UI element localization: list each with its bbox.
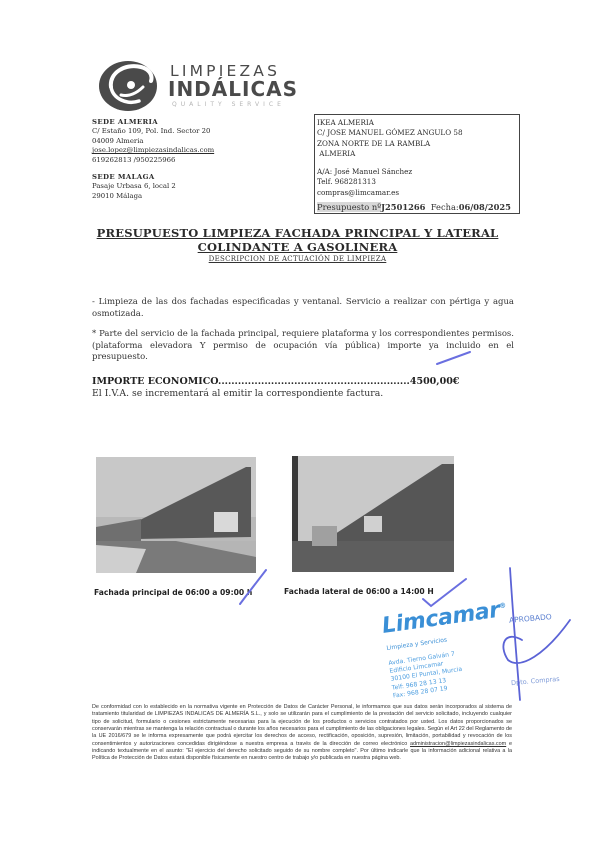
recipient-name: IKEA ALMERIA	[317, 118, 519, 128]
sede-malaga-heading: SEDE MALAGA	[92, 173, 214, 182]
budget-date: 06/08/2025	[459, 202, 511, 212]
data-protection-notice: De conformidad con lo establecido en la …	[92, 704, 512, 763]
sede-almeria-phones: 619262813 /950225966	[92, 156, 214, 165]
recipient-address1: C/ JOSE MANUEL GÓMEZ ANGULO 58	[317, 128, 519, 138]
document-title-line1: PRESUPUESTO LIMPIEZA FACHADA PRINCIPAL Y…	[0, 226, 595, 240]
department-stamp: Dpto. Compras	[511, 675, 560, 687]
sede-almeria-heading: SEDE ALMERIA	[92, 118, 214, 127]
logo-tagline: QUALITY SERVICE	[172, 101, 285, 108]
sede-almeria-email-link[interactable]: jose.lopez@limpiezasindalicas.com	[92, 146, 214, 155]
description-paragraph-1: - Limpieza de las dos fachadas especific…	[92, 297, 514, 320]
legal-email-link[interactable]: administracion@limpiezasindalicas.com	[410, 741, 506, 747]
sender-block: SEDE ALMERIA C/ Estaño 109, Pol. Ind. Se…	[92, 118, 214, 201]
logo-text-indalicas: INDÁLICAS	[168, 77, 298, 101]
checkmark-icon	[240, 570, 266, 604]
company-logo-icon	[97, 57, 159, 113]
budget-reference: Presupuesto nºJ2501266 Fecha:06/08/2025	[317, 202, 511, 212]
sede-almeria-address2: 04009 Almeria	[92, 137, 214, 146]
amount-dots: ........................................…	[218, 376, 410, 387]
budget-label: Presupuesto nº	[317, 202, 381, 212]
stamp-subtitle: Limpieza y Servicios	[386, 636, 448, 651]
stamp-brand: Limcamar®	[381, 597, 509, 639]
vat-note: El I.V.A. se incrementará al emitir la c…	[92, 388, 383, 399]
amount-line: IMPORTE ECONOMICO.......................…	[92, 376, 514, 387]
sede-malaga-address2: 29010 Málaga	[92, 192, 214, 201]
photo-caption-side: Fachada lateral de 06:00 a 14:00 H	[284, 587, 434, 596]
recipient-box: IKEA ALMERIA C/ JOSE MANUEL GÓMEZ ANGULO…	[314, 114, 520, 214]
amount-label: IMPORTE ECONOMICO	[92, 376, 218, 387]
photo-main-facade	[96, 457, 256, 573]
approved-stamp: APROBADO	[509, 612, 552, 625]
stamp-brand-text: Limcamar	[381, 598, 502, 639]
photo-caption-main: Fachada principal de 06:00 a 09:00 h	[94, 588, 252, 597]
recipient-phone: Telf. 968281313	[317, 177, 519, 187]
recipient-email: compras@limcamar.es	[317, 188, 519, 198]
document-subtitle: DESCRIPCION DE ACTUACIÓN DE LIMPIEZA	[0, 255, 595, 263]
photo-side-facade	[292, 456, 454, 572]
recipient-attention: A/A: José Manuel Sánchez	[317, 167, 519, 177]
recipient-city: ALMERIA	[317, 149, 519, 159]
description-paragraph-2: * Parte del servicio de la fachada princ…	[92, 329, 514, 364]
budget-number: J2501266	[381, 202, 425, 212]
sede-malaga-address1: Pasaje Urbasa 6, local 2	[92, 182, 214, 191]
amount-value: 4500,00€	[410, 376, 460, 387]
stamp-address: Avda. Tierno Galván 7 Edificio Limcamar …	[388, 650, 465, 701]
document-title-line2: COLINDANTE A GASOLINERA	[0, 240, 595, 254]
recipient-address2: ZONA NORTE DE LA RAMBLA	[317, 139, 519, 149]
sede-almeria-address1: C/ Estaño 109, Pol. Ind. Sector 20	[92, 127, 214, 136]
date-label: Fecha:	[431, 202, 459, 212]
registered-mark: ®	[499, 601, 507, 610]
